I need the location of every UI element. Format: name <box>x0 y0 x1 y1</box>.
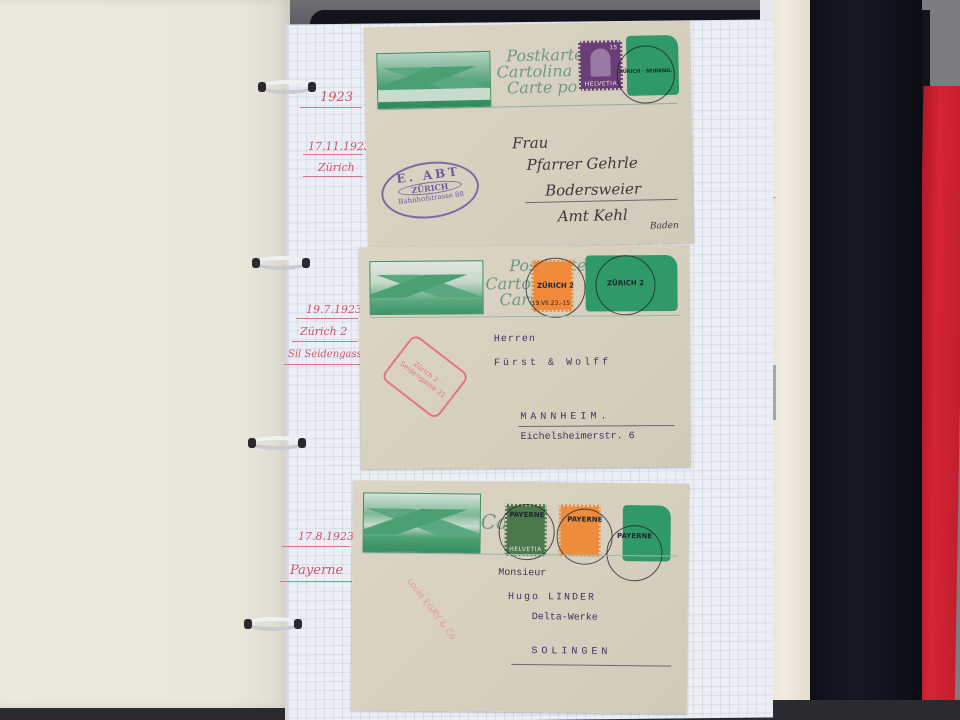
address-rule <box>518 425 674 427</box>
address-line: Amt Kehl <box>558 206 628 225</box>
binder-ring <box>260 80 314 94</box>
postmark: ZÜRICH 2 <box>525 258 585 318</box>
address-line: MANNHEIM. <box>520 411 610 423</box>
address-line: Eichelsheimerstr. 6 <box>521 431 635 443</box>
annotation-card1-place: Zürich <box>318 161 355 174</box>
sender-stamp-text: Zürich 2 · Seidengasse 21 <box>394 350 456 403</box>
stamp-portrait <box>590 48 611 76</box>
annotation-underline <box>296 318 358 319</box>
postcard-2: Postkarte Cartolina Carte ZÜRICH 2 ZÜRIC… <box>359 245 691 469</box>
annotation-card2-place: Zürich 2 <box>300 325 347 338</box>
annotation-underline <box>280 581 352 582</box>
binder-spine <box>808 0 922 720</box>
address-line: Bodersweier <box>545 180 641 200</box>
header-rule <box>370 315 680 318</box>
postmark: PAYERNE <box>556 508 613 565</box>
address-line: Monsieur <box>498 568 546 580</box>
annotation-underline <box>300 107 362 108</box>
annotation-underline <box>303 176 363 177</box>
stamp-value: 15 <box>609 44 617 51</box>
address-line: Herren <box>494 334 536 345</box>
annotation-card3-date: 17.8.1923 <box>298 530 354 543</box>
address-rule <box>511 664 671 667</box>
postcard-3: Ca HELVETIA PAYERNE PAYERNE PAYERNE Loui… <box>351 480 689 714</box>
binder-ring <box>254 256 308 270</box>
stamp-violet: 15 HELVETIA <box>578 40 623 91</box>
annotation-card2-date: 19.7.1923 <box>306 303 362 316</box>
annotation-underline <box>284 364 360 365</box>
vignette-landscape <box>369 260 483 315</box>
postmark-text: PAYERNE <box>500 511 554 520</box>
address-line: Baden <box>650 221 679 232</box>
annotation-card2-sub: Sil Seidengasse <box>288 349 368 360</box>
left-page-blank <box>0 0 290 708</box>
postmark: PAYERNE <box>606 525 663 582</box>
postmark-text: PAYERNE <box>558 516 612 525</box>
postmark: ZÜRICH · SEIDENG. <box>616 45 675 104</box>
postmark-text: ZÜRICH 2 <box>526 282 584 290</box>
postcard-1: Postkarte Cartolina Carte po 15 HELVETIA… <box>364 21 695 250</box>
annotation-card1-date: 17.11.1923 <box>308 140 371 153</box>
address-line: Fürst & Wolff <box>494 357 611 369</box>
stamp-label: HELVETIA <box>581 80 621 88</box>
address-line: SOLINGEN <box>531 646 611 658</box>
address-line: Hugo LINDER <box>508 592 596 604</box>
postmark-date: 19.VII.23.-15 <box>532 300 570 307</box>
sender-rect-stamp: Zürich 2 · Seidengasse 21 <box>380 333 470 420</box>
annotation-underline <box>303 154 363 155</box>
postmark-text: PAYERNE <box>608 532 662 541</box>
vignette-landscape <box>376 51 491 109</box>
postmark-text: ZÜRICH 2 <box>596 279 654 287</box>
annotation-underline <box>282 546 350 547</box>
address-line: Frau <box>512 134 549 153</box>
sender-diagonal-stamp: Louis EGRY & Co <box>404 577 457 642</box>
sender-oval-stamp: E. ABT ZÜRICH Bahnhofstrasse 88 <box>378 156 482 224</box>
binder-ring <box>246 617 300 631</box>
address-line: Delta-Werke <box>532 612 598 624</box>
annotation-year: 1923 <box>320 90 353 105</box>
card-title-line: Carte po <box>507 79 578 96</box>
vignette-landscape <box>362 492 481 553</box>
binder-ring <box>250 436 304 450</box>
postmark-text: ZÜRICH · SEIDENG. <box>618 68 674 75</box>
postmark: ZÜRICH 2 <box>595 255 655 315</box>
annotation-underline <box>292 341 358 342</box>
address-line: Pfarrer Gehrle <box>526 154 637 174</box>
annotation-card3-place: Payerne <box>290 563 343 578</box>
postmark: PAYERNE <box>498 504 555 561</box>
